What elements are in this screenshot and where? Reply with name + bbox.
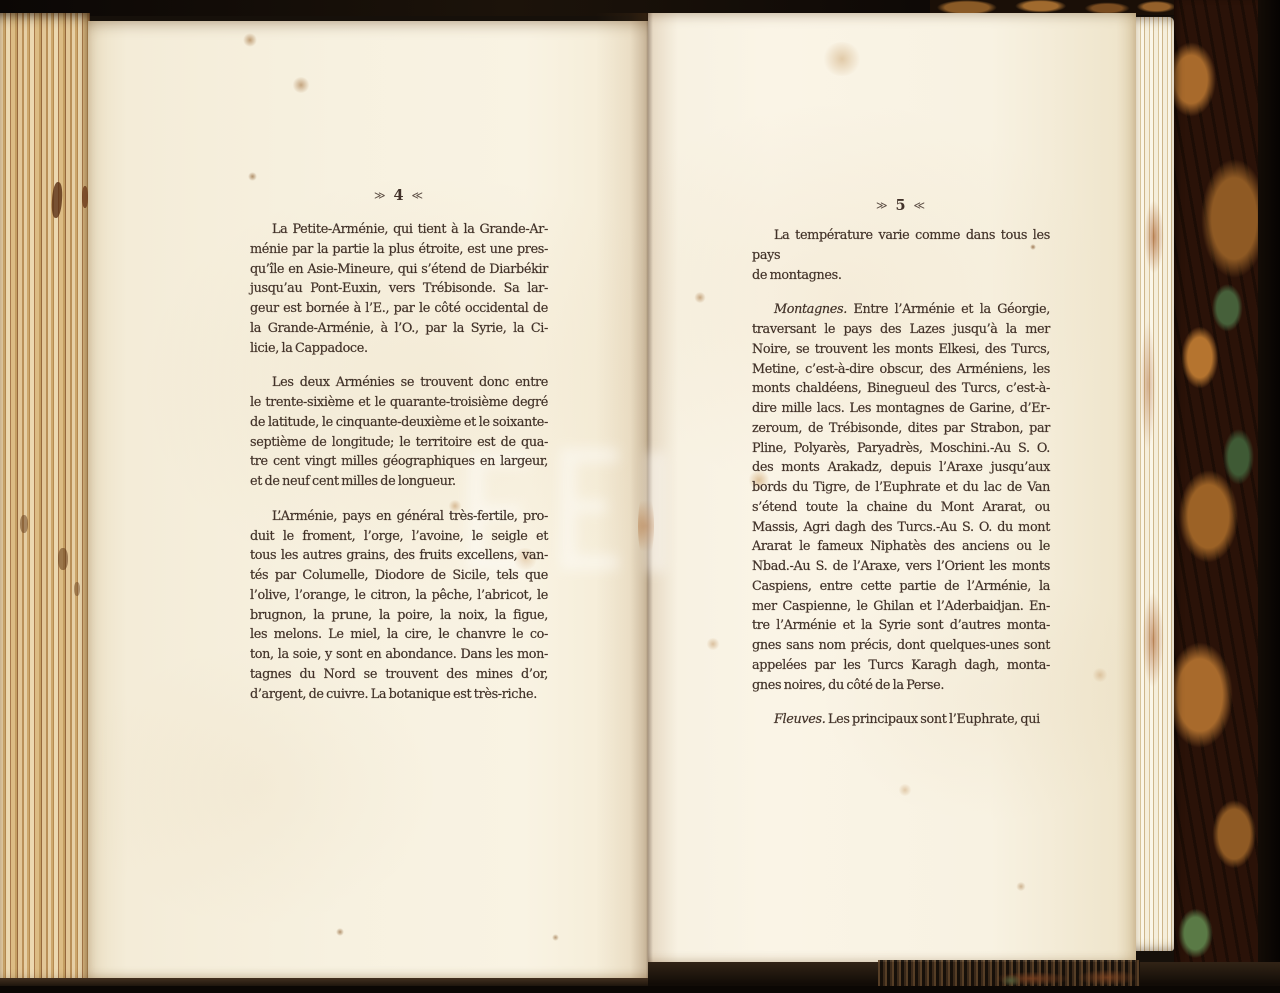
header-ornament-right-icon: ≪ — [412, 189, 425, 202]
text-line: Metine, c’est-à-dire obscur, des Arménie… — [752, 360, 1050, 380]
text-line: Fleuves. Les principaux sont l’Euphrate,… — [752, 710, 1050, 730]
text-line: La température varie comme dans tous les… — [752, 226, 1050, 266]
text-line: Caspiens, entre cette partie de l’Arméni… — [752, 577, 1050, 597]
header-ornament-left-icon: ≫ — [876, 199, 889, 212]
background-bottom-base — [0, 986, 1280, 993]
text-line: Montagnes. Entre l’Arménie et la Géorgie… — [752, 300, 1050, 320]
text-line: gnes sans nom précis, dont quelques-unes… — [752, 636, 1050, 656]
text-line: tés par Columelle, Diodore de Sicile, te… — [250, 566, 548, 586]
paragraph: Montagnes. Entre l’Arménie et la Géorgie… — [752, 300, 1050, 695]
right-page-text: ≫5≪ La température varie comme dans tous… — [752, 196, 1050, 730]
text-line: dire mille lacs. Les montagnes de Garine… — [752, 399, 1050, 419]
text-line: la Grande-Arménie, à l’O., par la Syrie,… — [250, 319, 548, 339]
text-line: duit le froment, l’orge, l’avoine, le se… — [250, 527, 548, 547]
left-page-edges — [0, 13, 90, 986]
paragraph: Fleuves. Les principaux sont l’Euphrate,… — [752, 710, 1050, 730]
text-line: mer Caspienne, le Ghilan et l’Aderbaidja… — [752, 597, 1050, 617]
text-line: Massis, Agri dagh des Turcs.-Au S. O. du… — [752, 518, 1050, 538]
bottom-page-edges — [878, 960, 1140, 988]
marbled-cover — [1174, 0, 1260, 993]
paragraph: Les deux Arménies se trouvent donc entre… — [250, 373, 548, 492]
text-line: traversant le pays des Lazes jusqu’à la … — [752, 320, 1050, 340]
text-line: l’olive, l’orange, le citron, la pêche, … — [250, 586, 548, 606]
left-page-number: 4 — [393, 187, 404, 204]
left-page-header: ≫4≪ — [250, 186, 548, 204]
text-line: les melons. Le miel, la cire, le chanvre… — [250, 625, 548, 645]
text-line: ton, la soie, y sont en abondance. Dans … — [250, 645, 548, 665]
text-line: Nbad.-Au S. de l’Araxe, vers l’Orient le… — [752, 557, 1050, 577]
text-line: zeroum, de Trébisonde, dites par Strabon… — [752, 419, 1050, 439]
text-line: de latitude, le cinquante-deuxième et le… — [250, 413, 548, 433]
book-spread-photo: ≫4≪ La Petite-Arménie, qui tient à la Gr… — [0, 0, 1280, 993]
header-ornament-left-icon: ≫ — [374, 189, 387, 202]
right-page-body: La température varie comme dans tous les… — [752, 226, 1050, 730]
left-page-text: ≫4≪ La Petite-Arménie, qui tient à la Gr… — [250, 186, 548, 704]
paragraph: La température varie comme dans tous les… — [752, 226, 1050, 285]
text-line: le trente-sixième et le quarante-troisiè… — [250, 393, 548, 413]
header-ornament-right-icon: ≪ — [914, 199, 927, 212]
text-line: tagnes du Nord se trouvent des mines d’o… — [250, 665, 548, 685]
text-line: geur est bornée à l’E., par le côté occi… — [250, 299, 548, 319]
paragraph: La Petite-Arménie, qui tient à la Grande… — [250, 220, 548, 358]
text-line: Pline, Polyarès, Paryadrès, Moschini.-Au… — [752, 439, 1050, 459]
text-line: tre cent vingt milles géographiques en l… — [250, 452, 548, 472]
text-line: d’argent, de cuivre. La botanique est tr… — [250, 685, 548, 705]
text-line: gnes noires, du côté de la Perse. — [752, 676, 1050, 696]
text-line: appelées par les Turcs Karagh dagh, mont… — [752, 656, 1050, 676]
text-line: de montagnes. — [752, 266, 1050, 286]
text-line: jusqu’au Pont-Euxin, vers Trébisonde. Sa… — [250, 279, 548, 299]
paragraph: L’Arménie, pays en général très-fertile,… — [250, 507, 548, 705]
right-page-edges — [1136, 17, 1174, 951]
text-line: Ararat le fameux Niphatès des anciens ou… — [752, 537, 1050, 557]
text-line: et de neuf cent milles de longueur. — [250, 472, 548, 492]
text-line: licie, la Cappadoce. — [250, 339, 548, 359]
cover-dark-edge — [1258, 0, 1280, 993]
text-line: qu’île en Asie-Mineure, qui s’étend de D… — [250, 260, 548, 280]
gutter-stain — [638, 490, 654, 562]
text-line: s’étend toute la chaine du Mont Ararat, … — [752, 498, 1050, 518]
text-line: La Petite-Arménie, qui tient à la Grande… — [250, 220, 548, 240]
text-line: tous les autres grains, des fruits excel… — [250, 546, 548, 566]
text-line: bords du Tigre, de l’Euphrate et du lac … — [752, 478, 1050, 498]
text-line: Noire, se trouvent les monts Elkesi, des… — [752, 340, 1050, 360]
text-line: brugnon, la prune, la poire, la noix, la… — [250, 606, 548, 626]
right-page-number: 5 — [895, 197, 906, 214]
text-line: septième de longitude; le territoire est… — [250, 433, 548, 453]
text-line: Les deux Arménies se trouvent donc entre — [250, 373, 548, 393]
text-line: monts chaldéens, Binegueul des Turcs, c’… — [752, 379, 1050, 399]
text-line: L’Arménie, pays en général très-fertile,… — [250, 507, 548, 527]
text-line: des monts Arakadz, depuis l’Araxe jusqu’… — [752, 458, 1050, 478]
left-page-body: La Petite-Arménie, qui tient à la Grande… — [250, 220, 548, 704]
text-line: tre l’Arménie et la Syrie sont d’autres … — [752, 616, 1050, 636]
text-line: ménie par la partie la plus étroite, est… — [250, 240, 548, 260]
right-page-header: ≫5≪ — [752, 196, 1050, 214]
